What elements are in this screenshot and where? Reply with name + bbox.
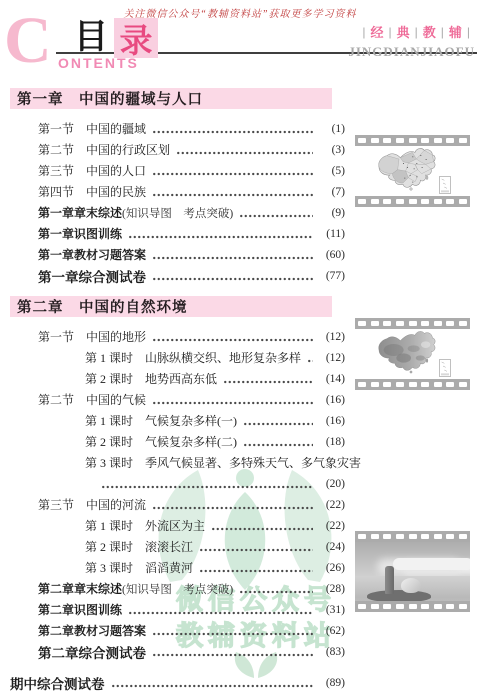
sprocket-hole <box>358 321 366 326</box>
toc-rlabel: 第二节 <box>38 141 74 158</box>
dotted-leader <box>152 502 313 514</box>
toc-row: 第 1 课时山脉纵横交织、地形复杂多样(12) <box>10 347 345 368</box>
toc-rtitle: 外流区为主 <box>145 517 205 534</box>
toc-rlabel: 第 1 课时 <box>85 517 133 534</box>
sprocket-hole <box>371 382 379 387</box>
sprocket-hole <box>409 604 417 609</box>
toc-rpage: (20) <box>317 478 345 490</box>
midterm-test-row: 期中综合测试卷 (89) <box>10 672 345 692</box>
brand-char: 辅 <box>449 22 462 41</box>
toc-rpage: (24) <box>317 541 345 553</box>
filmstrip-bar <box>355 531 470 542</box>
sprocket-hole <box>434 321 442 326</box>
sprocket-hole <box>383 199 391 204</box>
sprocket-hole <box>421 138 429 143</box>
sprocket-hole <box>371 321 379 326</box>
brand-char: 经 <box>370 22 383 41</box>
toc-rpage: (77) <box>317 270 345 282</box>
toc-rpage: (28) <box>317 583 345 595</box>
toc-rpage: (16) <box>317 394 345 406</box>
toc-rlabel: 第一节 <box>38 328 74 345</box>
chapter-1-rows: 第一节中国的疆域(1)第二节中国的行政区划(3)第三节中国的人口(5)第四节中国… <box>10 118 345 286</box>
toc-row: 第三节中国的人口(5) <box>10 160 345 181</box>
dotted-leader <box>223 376 313 388</box>
dotted-leader <box>199 544 313 556</box>
contents-subtitle: ONTENTS <box>58 55 139 71</box>
brand-separator: | <box>388 25 391 39</box>
sprocket-hole <box>459 321 467 326</box>
dotted-leader <box>152 334 313 346</box>
chapter-2-rows: 第一节中国的地形(12)第 1 课时山脉纵横交织、地形复杂多样(12)第 2 课… <box>10 326 345 662</box>
top-notice: 关注微信公众号“教辅资料站”获取更多学习资料 <box>0 5 480 20</box>
toc-rtitle: 滚滚长江 <box>145 538 193 555</box>
toc-rlabel: 第 1 课时 <box>85 349 133 366</box>
sprocket-hole <box>396 534 404 539</box>
south-china-sea-inset <box>439 359 450 376</box>
toc-rpage: (1) <box>317 123 345 135</box>
chapter-1-block: 第一章 中国的疆域与人口 第一节中国的疆域(1)第二节中国的行政区划(3)第三节… <box>10 88 345 286</box>
toc-rlabel: 第一节 <box>38 120 74 137</box>
dotted-leader <box>152 649 313 661</box>
toc-rpage: (16) <box>317 415 345 427</box>
sprocket-hole <box>358 138 366 143</box>
toc-rtitle: 中国的地形 <box>86 328 146 345</box>
dotted-leader <box>152 628 313 640</box>
lake-rocks-photo <box>355 542 470 612</box>
sprocket-hole <box>421 199 429 204</box>
toc-rtitle: 气候复杂多样(二) <box>145 433 237 450</box>
toc-rpage: (83) <box>317 646 345 658</box>
toc-row: 第 2 课时地势西高东低(14) <box>10 368 345 389</box>
dotted-leader <box>152 126 313 138</box>
toc-rlabel: 第二节 <box>38 391 74 408</box>
toc-rpage: (60) <box>317 249 345 261</box>
dotted-leader <box>128 607 313 619</box>
toc-rsub: (知识导图 考点突破) <box>122 205 233 221</box>
toc-row: 第一节中国的疆域(1) <box>10 118 345 139</box>
toc-rpage: (3) <box>317 144 345 156</box>
sprocket-hole <box>446 534 454 539</box>
sprocket-hole <box>383 382 391 387</box>
page-title-char-lu-box: 录 <box>114 18 158 58</box>
toc-row: 第二节中国的气候(16) <box>10 389 345 410</box>
toc-rtitle: 第二章教材习题答案 <box>38 622 146 639</box>
toc-rtitle: 中国的河流 <box>86 496 146 513</box>
chapter-2-title: 第二章 中国的自然环境 <box>17 296 188 317</box>
toc-rtitle: 地势西高东低 <box>145 370 217 387</box>
sprocket-hole <box>396 604 404 609</box>
dotted-leader <box>199 565 313 577</box>
toc-rtitle: 山脉纵横交织、地形复杂多样 <box>145 349 301 366</box>
sprocket-hole <box>446 199 454 204</box>
toc-rtitle: 中国的疆域 <box>86 120 146 137</box>
toc-rlabel: 第三节 <box>38 496 74 513</box>
chapter-1-title: 第一章 中国的疆域与人口 <box>17 88 203 109</box>
filmstrip-bar <box>355 135 470 146</box>
toc-rlabel: 第 2 课时 <box>85 433 133 450</box>
sprocket-hole <box>459 199 467 204</box>
toc-rpage: (89) <box>317 677 345 689</box>
sprocket-hole <box>409 138 417 143</box>
toc-rtitle: 第一章识图训练 <box>38 225 122 242</box>
sprocket-hole <box>383 604 391 609</box>
sprocket-hole <box>371 138 379 143</box>
toc-rtitle: 第一章教材习题答案 <box>38 246 146 263</box>
sprocket-hole <box>446 321 454 326</box>
dotted-leader <box>152 168 313 180</box>
brand-char: 典 <box>397 22 410 41</box>
toc-rlabel: 第 2 课时 <box>85 370 133 387</box>
sprocket-hole <box>371 604 379 609</box>
dotted-leader <box>111 680 314 692</box>
toc-rtitle: 中国的气候 <box>86 391 146 408</box>
sprocket-hole <box>459 382 467 387</box>
south-china-sea-inset <box>439 176 450 193</box>
toc-rtitle: 第一章综合测试卷 <box>38 266 146 286</box>
toc-rtitle: 第二章识图训练 <box>38 601 122 618</box>
sprocket-hole <box>409 321 417 326</box>
toc-row: 第一章综合测试卷(77) <box>10 265 345 286</box>
sprocket-hole <box>421 382 429 387</box>
photo-boulder-rock <box>401 578 421 593</box>
toc-rtitle: 中国的行政区划 <box>86 141 170 158</box>
sprocket-hole <box>409 382 417 387</box>
photo-pillar-rock <box>385 566 394 594</box>
filmstrip-bar <box>355 318 470 329</box>
toc-row: 第二章识图训练(31) <box>10 599 345 620</box>
sprocket-hole <box>459 604 467 609</box>
china-terrain-map-icon <box>357 330 469 378</box>
toc-rpage: (31) <box>317 604 345 616</box>
toc-row: 第 3 课时季风气候显著、多特殊天气、多气象灾害(20) <box>10 452 345 494</box>
toc-row: 第二章章末综述(知识导图 考点突破)(28) <box>10 578 345 599</box>
toc-row: 第一章章末综述(知识导图 考点突破)(9) <box>10 202 345 223</box>
toc-rlabel: 第 2 课时 <box>85 538 133 555</box>
brand-block: |经|典|教|辅| JINGDIANJIAOFU <box>348 22 475 60</box>
toc-rlabel: 第三节 <box>38 162 74 179</box>
toc-row: 第三节中国的河流(22) <box>10 494 345 515</box>
china-administrative-map <box>355 146 470 196</box>
toc-rlabel: 第四节 <box>38 183 74 200</box>
toc-rlabel: 第 1 课时 <box>85 412 133 429</box>
brand-pinyin: JINGDIANJIAOFU <box>348 44 475 60</box>
toc-row: 第 2 课时气候复杂多样(二)(18) <box>10 431 345 452</box>
sprocket-hole <box>396 199 404 204</box>
sprocket-hole <box>434 382 442 387</box>
brand-separator: | <box>441 25 444 39</box>
toc-rpage: (5) <box>317 165 345 177</box>
sprocket-hole <box>446 604 454 609</box>
sprocket-hole <box>358 534 366 539</box>
sprocket-hole <box>358 604 366 609</box>
toc-rtitle: 第一章章末综述 <box>38 204 122 221</box>
sprocket-hole <box>459 534 467 539</box>
sprocket-hole <box>383 321 391 326</box>
sprocket-hole <box>396 382 404 387</box>
toc-rlabel: 第 3 课时 <box>85 559 133 576</box>
toc-rpage: (12) <box>317 331 345 343</box>
toc-rpage: (22) <box>317 499 345 511</box>
dotted-leader <box>211 523 313 535</box>
sprocket-hole <box>434 199 442 204</box>
sprocket-hole <box>421 534 429 539</box>
toc-row: 第一节中国的地形(12) <box>10 326 345 347</box>
brand-separator: | <box>467 25 470 39</box>
sprocket-hole <box>421 321 429 326</box>
sprocket-hole <box>371 199 379 204</box>
dotted-leader <box>176 147 313 159</box>
brand-char: 教 <box>423 22 436 41</box>
dotted-leader <box>243 418 313 430</box>
chapter-2-header: 第二章 中国的自然环境 <box>10 296 332 317</box>
brand-chinese: |经|典|教|辅| <box>348 22 475 41</box>
filmstrip-bar <box>355 196 470 207</box>
toc-rtitle: 第二章章末综述 <box>38 580 122 597</box>
sprocket-hole <box>434 604 442 609</box>
toc-rtitle: 第二章综合测试卷 <box>38 642 146 662</box>
photo-cloud <box>393 558 470 570</box>
sprocket-hole <box>409 199 417 204</box>
sprocket-hole <box>459 138 467 143</box>
toc-row: 第二章教材习题答案(62) <box>10 620 345 641</box>
toc-rsub: (知识导图 考点突破) <box>122 581 233 597</box>
dotted-leader <box>239 210 313 222</box>
sprocket-hole <box>434 138 442 143</box>
toc-row: 第 3 课时滔滔黄河(26) <box>10 557 345 578</box>
toc-page: 微信公众号 教辅资料站 关注微信公众号“教辅资料站”获取更多学习资料 C 目 录… <box>0 0 480 692</box>
toc-rlabel: 第 3 课时 <box>85 454 133 471</box>
toc-row: 第二章综合测试卷(83) <box>10 641 345 662</box>
toc-rpage: (14) <box>317 373 345 385</box>
sprocket-hole <box>446 382 454 387</box>
dotted-leader <box>128 231 313 243</box>
filmstrip-thumbnail-3 <box>355 531 470 612</box>
toc-rpage: (18) <box>317 436 345 448</box>
sprocket-hole <box>396 138 404 143</box>
toc-row: 第 1 课时外流区为主(22) <box>10 515 345 536</box>
toc-row: 第 1 课时气候复杂多样(一)(16) <box>10 410 345 431</box>
dotted-leader <box>152 189 313 201</box>
toc-rpage: (11) <box>317 228 345 240</box>
toc-rpage: (9) <box>317 207 345 219</box>
toc-row: 第 2 课时滚滚长江(24) <box>10 536 345 557</box>
filmstrip-bar <box>355 379 470 390</box>
filmstrip-bar <box>355 601 470 612</box>
dotted-leader <box>243 439 313 451</box>
sprocket-hole <box>358 382 366 387</box>
dotted-leader <box>152 273 313 285</box>
dotted-leader <box>152 252 313 264</box>
sprocket-hole <box>358 199 366 204</box>
toc-rtitle: 中国的人口 <box>86 162 146 179</box>
sprocket-hole <box>446 138 454 143</box>
toc-row: 第二节中国的行政区划(3) <box>10 139 345 160</box>
filmstrip-thumbnail-2 <box>355 318 470 390</box>
toc-row: 第一章识图训练(11) <box>10 223 345 244</box>
dotted-leader <box>307 355 313 367</box>
dotted-leader <box>152 397 313 409</box>
filmstrip-thumbnail-1 <box>355 135 470 207</box>
sprocket-hole <box>421 604 429 609</box>
toc-rtitle: 气候复杂多样(一) <box>145 412 237 429</box>
toc-row: 第四节中国的民族(7) <box>10 181 345 202</box>
toc-row: 第一章教材习题答案(60) <box>10 244 345 265</box>
toc-rpage: (7) <box>317 186 345 198</box>
chapter-1-header: 第一章 中国的疆域与人口 <box>10 88 332 109</box>
sprocket-hole <box>409 534 417 539</box>
toc-rtitle: 中国的民族 <box>86 183 146 200</box>
toc-rtitle: 滔滔黄河 <box>145 559 193 576</box>
dotted-leader <box>101 481 313 493</box>
toc-rpage: (62) <box>317 625 345 637</box>
toc-rpage: (12) <box>317 352 345 364</box>
dotted-leader <box>239 586 313 598</box>
toc-rpage: (22) <box>317 520 345 532</box>
chapter-2-block: 第二章 中国的自然环境 第一节中国的地形(12)第 1 课时山脉纵横交织、地形复… <box>10 296 345 662</box>
sprocket-hole <box>383 534 391 539</box>
sprocket-hole <box>396 321 404 326</box>
toc-rpage: (26) <box>317 562 345 574</box>
china-terrain-map <box>355 329 470 379</box>
page-title-char-mu: 目 <box>74 20 108 56</box>
sprocket-hole <box>434 534 442 539</box>
sprocket-hole <box>371 534 379 539</box>
brand-separator: | <box>362 25 365 39</box>
sprocket-hole <box>383 138 391 143</box>
china-admin-map-icon <box>357 147 469 195</box>
table-of-contents: 第一章 中国的疆域与人口 第一节中国的疆域(1)第二节中国的行政区划(3)第三节… <box>10 88 345 692</box>
brand-separator: | <box>415 25 418 39</box>
contents-big-letter: C <box>4 8 52 74</box>
toc-rtitle: 季风气候显著、多特殊天气、多气象灾害 <box>145 454 361 471</box>
toc-rtitle: 期中综合测试卷 <box>10 673 105 692</box>
